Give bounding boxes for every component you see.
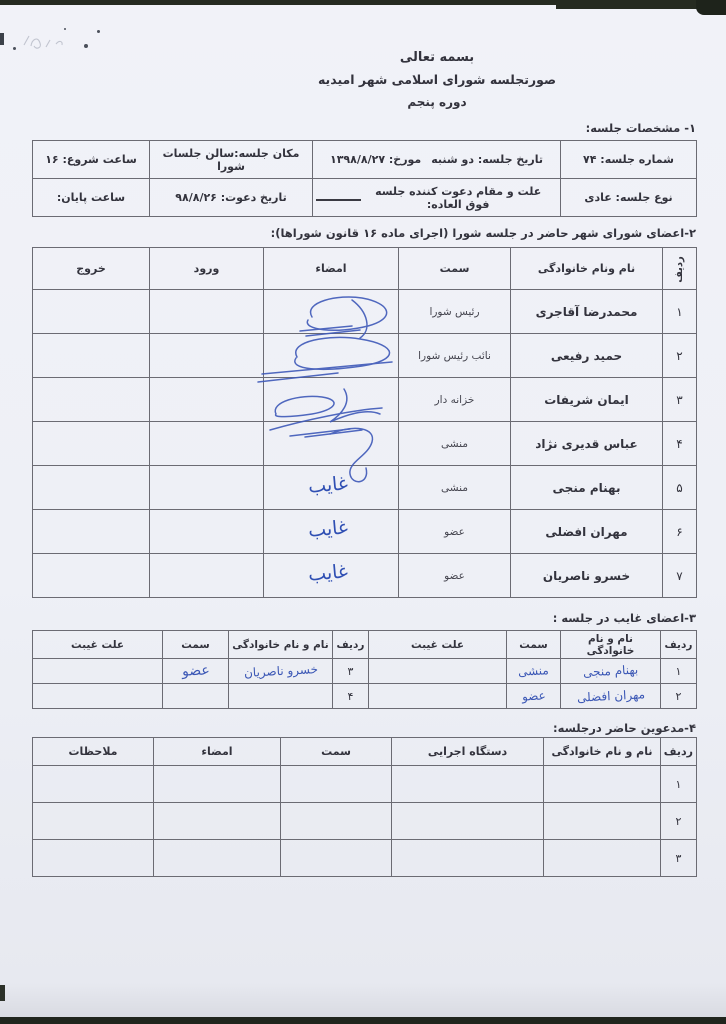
- time-out-cell: [33, 378, 150, 422]
- col-header-name: نام و نام خانوادگی: [561, 631, 661, 659]
- invitee-name: [544, 766, 661, 803]
- absent-members-table: ردیف نام و نام خانوادگی سمت علت غیبت ردی…: [32, 630, 697, 709]
- absent-name: [229, 684, 333, 709]
- meeting-info-table: شماره جلسه: ۷۴ تاریخ جلسه: دو شنبه مورخ:…: [32, 140, 697, 217]
- absent-position: منشی: [507, 659, 561, 684]
- col-header-signature: امضاء: [154, 738, 281, 766]
- member-name: خسرو ناصریان: [511, 554, 663, 598]
- council-term-label: دوره پنجم: [387, 95, 487, 109]
- member-row: ۱ محمدرضا آقاجری رئیس شورا: [33, 290, 697, 334]
- scan-edge-bottom: [0, 1017, 726, 1024]
- col-header-row-no: ردیف: [661, 631, 697, 659]
- row-no: ۲: [663, 334, 697, 378]
- col-header-row-no: ردیف: [661, 738, 697, 766]
- invitee-row: ۳: [33, 840, 697, 877]
- blank-line: [316, 199, 361, 201]
- time-out-cell: [33, 290, 150, 334]
- absence-reason: [33, 659, 163, 684]
- col-header-reason: علت غیبت: [33, 631, 163, 659]
- absent-position: عضو: [507, 684, 561, 709]
- row-no: ۱: [661, 659, 697, 684]
- basmala-text: بسمه تعالی: [337, 50, 537, 65]
- row-no: ۲: [661, 684, 697, 709]
- col-header-reason: علت غیبت: [369, 631, 507, 659]
- invitee-signature: [154, 803, 281, 840]
- present-members-table: ردیف نام ونام خانوادگی سمت امضاء ورود خر…: [32, 247, 697, 598]
- time-in-cell: [150, 422, 264, 466]
- row-no: ۶: [663, 510, 697, 554]
- extraordinary-reason-cell: علت و مقام دعوت کننده جلسه فوق العاده:: [313, 179, 561, 217]
- time-in-cell: [150, 290, 264, 334]
- invitee-signature: [154, 766, 281, 803]
- absence-reason: [369, 659, 507, 684]
- time-in-cell: [150, 466, 264, 510]
- invitee-notes: [33, 803, 154, 840]
- time-out-cell: [33, 554, 150, 598]
- absent-row: ۲ مهران افضلی عضو ۴: [33, 684, 697, 709]
- absent-position: [163, 684, 229, 709]
- scan-speck: [97, 30, 100, 33]
- col-header-signature: امضاء: [264, 248, 399, 290]
- absence-reason: [33, 684, 163, 709]
- row-no: ۴: [333, 684, 369, 709]
- row-no: ۳: [663, 378, 697, 422]
- scan-speck: [64, 28, 66, 30]
- section3-label: ۳-اعضای غایب در جلسه :: [553, 611, 696, 625]
- col-header-time-out: خروج: [33, 248, 150, 290]
- col-header-position: سمت: [281, 738, 392, 766]
- absence-reason: [369, 684, 507, 709]
- time-in-cell: [150, 334, 264, 378]
- meeting-date-cell: تاریخ جلسه: دو شنبه مورخ: ۱۳۹۸/۸/۲۷: [313, 141, 561, 179]
- scan-corner-top-right: [696, 0, 726, 15]
- meeting-date: مورخ: ۱۳۹۸/۸/۲۷: [330, 153, 421, 166]
- col-header-position: سمت: [507, 631, 561, 659]
- time-out-cell: [33, 334, 150, 378]
- meeting-no-cell: شماره جلسه: ۷۴: [561, 141, 697, 179]
- row-no: ۷: [663, 554, 697, 598]
- row-no: ۳: [661, 840, 697, 877]
- scan-speck: [84, 44, 88, 48]
- row-no: ۱: [661, 766, 697, 803]
- col-header-position: سمت: [399, 248, 511, 290]
- time-out-cell: [33, 422, 150, 466]
- invitee-row: ۱: [33, 766, 697, 803]
- invitee-notes: [33, 766, 154, 803]
- time-out-cell: [33, 466, 150, 510]
- absent-name: بهنام منجی: [561, 659, 661, 684]
- member-name: بهنام منجی: [511, 466, 663, 510]
- col-header-agency: دستگاه اجرایی: [392, 738, 544, 766]
- meeting-day: تاریخ جلسه: دو شنبه: [431, 153, 543, 166]
- col-header-row-no: ردیف: [663, 248, 697, 290]
- invitee-agency: [392, 803, 544, 840]
- member-position: عضو: [399, 554, 511, 598]
- invitation-date-cell: تاریخ دعوت: ۹۸/۸/۲۶: [150, 179, 313, 217]
- section2-label: ۲-اعضای شورای شهر حاضر در جلسه شورا (اجر…: [271, 226, 696, 240]
- col-header-notes: ملاحظات: [33, 738, 154, 766]
- absent-name: خسرو ناصریان: [229, 659, 333, 684]
- col-header-name: نام ونام خانوادگی: [511, 248, 663, 290]
- signature-cell: [264, 422, 399, 466]
- member-name: عباس قدیری نژاد: [511, 422, 663, 466]
- member-position: عضو: [399, 510, 511, 554]
- member-row: ۳ ایمان شریفات خزانه دار: [33, 378, 697, 422]
- start-time-cell: ساعت شروع: ۱۶: [33, 141, 150, 179]
- member-row: ۲ حمید رفیعی نائب رئیس شورا: [33, 334, 697, 378]
- member-position: خزانه دار: [399, 378, 511, 422]
- invitee-agency: [392, 840, 544, 877]
- invitee-signature: [154, 840, 281, 877]
- signature-cell: [264, 378, 399, 422]
- absent-row: ۱ بهنام منجی منشی ۳ خسرو ناصریان عضو: [33, 659, 697, 684]
- absent-position: عضو: [163, 659, 229, 684]
- member-name: مهران افضلی: [511, 510, 663, 554]
- member-position: منشی: [399, 422, 511, 466]
- signature-cell: [264, 290, 399, 334]
- extraordinary-reason-label: علت و مقام دعوت کننده جلسه فوق العاده:: [367, 185, 549, 211]
- scanned-document-page: بسمه تعالی صورتجلسه شورای اسلامی شهر امی…: [0, 0, 726, 1024]
- row-no: ۴: [663, 422, 697, 466]
- absent-name: مهران افضلی: [561, 684, 661, 709]
- invitee-row: ۲: [33, 803, 697, 840]
- invitee-notes: [33, 840, 154, 877]
- member-position: نائب رئیس شورا: [399, 334, 511, 378]
- row-no: ۵: [663, 466, 697, 510]
- member-row: ۴ عباس قدیری نژاد منشی: [33, 422, 697, 466]
- invitee-name: [544, 840, 661, 877]
- meeting-location-cell: مکان جلسه:سالن جلسات شورا: [150, 141, 313, 179]
- invitee-position: [281, 840, 392, 877]
- invitee-position: [281, 766, 392, 803]
- time-in-cell: [150, 378, 264, 422]
- section1-label: ۱- مشخصات جلسه:: [586, 121, 696, 135]
- row-no: ۳: [333, 659, 369, 684]
- signature-cell: [264, 334, 399, 378]
- col-header-row-no: ردیف: [333, 631, 369, 659]
- invitee-position: [281, 803, 392, 840]
- col-header-name: نام و نام خانوادگی: [229, 631, 333, 659]
- time-in-cell: [150, 510, 264, 554]
- col-header-name: نام و نام خانوادگی: [544, 738, 661, 766]
- end-time-cell: ساعت پایان:: [33, 179, 150, 217]
- meeting-type-cell: نوع جلسه: عادی: [561, 179, 697, 217]
- member-name: محمدرضا آقاجری: [511, 290, 663, 334]
- member-name: ایمان شریفات: [511, 378, 663, 422]
- scan-speck: [13, 47, 16, 50]
- member-name: حمید رفیعی: [511, 334, 663, 378]
- section4-label: ۴-مدعوین حاضر درجلسه:: [553, 721, 696, 735]
- document-title: صورتجلسه شورای اسلامی شهر امیدیه: [287, 72, 587, 87]
- member-position: رئیس شورا: [399, 290, 511, 334]
- row-no: ۲: [661, 803, 697, 840]
- row-no: ۱: [663, 290, 697, 334]
- time-in-cell: [150, 554, 264, 598]
- col-header-position: سمت: [163, 631, 229, 659]
- invitee-name: [544, 803, 661, 840]
- scan-mark-left: [0, 33, 4, 45]
- invitee-agency: [392, 766, 544, 803]
- scan-mark-bottom-left: [0, 985, 5, 1001]
- member-position: منشی: [399, 466, 511, 510]
- invitees-table: ردیف نام و نام خانوادگی دستگاه اجرایی سم…: [32, 737, 697, 877]
- col-header-time-in: ورود: [150, 248, 264, 290]
- time-out-cell: [33, 510, 150, 554]
